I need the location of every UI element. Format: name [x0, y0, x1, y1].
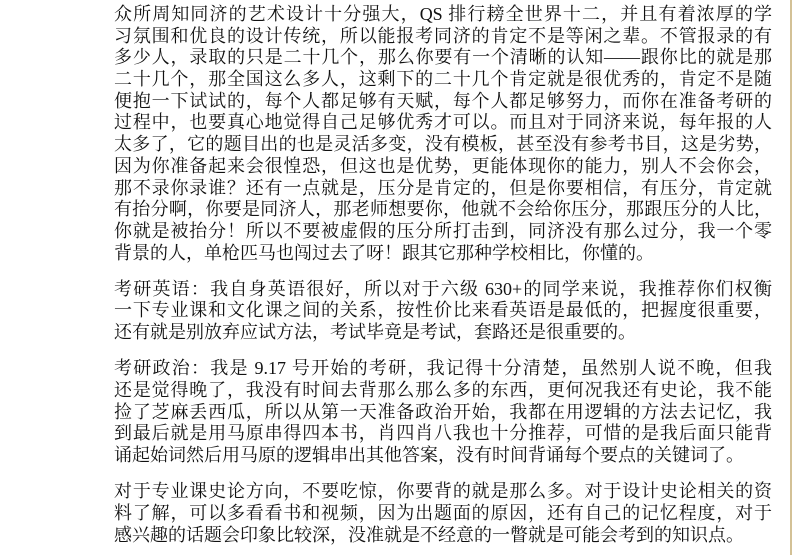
text-line: 料了解，可以多看看书和视频，因为出题面的原因，还有自己的记忆程度，对于 — [114, 503, 772, 525]
paragraph-design-history: 对于专业课史论方向，不要吃惊，你要背的就是那么多。对于设计史论相关的资料了解，可… — [114, 481, 772, 546]
text-line: 那不录你录谁？还有一点就是，压分是肯定的，但是你要相信，有压分，肯定就 — [114, 178, 772, 200]
text-line: 考研英语：我自身英语很好，所以对于六级 630+的同学来说，我推荐你们权衡 — [114, 279, 772, 301]
page-edge-line — [790, 0, 792, 555]
text-line: 捡了芝麻丢西瓜，所以从第一天准备政治开始，我都在用逻辑的方法去记忆，我 — [114, 402, 772, 424]
text-line: 到最后就是用马原串得四本书，肖四肖八我也十分推荐，可惜的是我后面只能背 — [114, 423, 772, 445]
text-line: 考研政治：我是 9.17 号开始的考研，我记得十分清楚，虽然别人说不晚，但我 — [114, 358, 772, 380]
text-line: 诵起始词然后用马原的逻辑串出其他答案，没有时间背诵每个要点的关键词了。 — [114, 445, 772, 467]
text-line: 过程中，也要真心地觉得自己足够优秀才可以。而且对于同济来说，每年报的人 — [114, 112, 772, 134]
text-line: 一下专业课和文化课之间的关系，按性价比来看英语是最低的，把握度很重要， — [114, 300, 772, 322]
text-line: 对于专业课史论方向，不要吃惊，你要背的就是那么多。对于设计史论相关的资 — [114, 481, 772, 503]
text-line: 便抱一下试试的，每个人都足够有天赋，每个人都足够努力，而你在准备考研的 — [114, 91, 772, 113]
text-line: 习氛围和优良的设计传统，所以能报考同济的肯定不是等闲之辈。不管报录的有 — [114, 26, 772, 48]
document-page: 众所周知同济的艺术设计十分强大，QS 排行耪全世界十二，并且有着浓厚的学习氛围和… — [114, 4, 772, 546]
text-line: 多少人，录取的只是二十几个，那么你要有一个清晰的认知——跟你比的就是那 — [114, 47, 772, 69]
paragraph-tongji-intro: 众所周知同济的艺术设计十分强大，QS 排行耪全世界十二，并且有着浓厚的学习氛围和… — [114, 4, 772, 264]
text-line: 众所周知同济的艺术设计十分强大，QS 排行耪全世界十二，并且有着浓厚的学 — [114, 4, 772, 26]
text-line: 你就是被抬分！所以不要被虚假的压分所打击到，同济没有那么过分，我一个零 — [114, 221, 772, 243]
paragraph-politics: 考研政治：我是 9.17 号开始的考研，我记得十分清楚，虽然别人说不晚，但我还是… — [114, 358, 772, 466]
paragraph-english: 考研英语：我自身英语很好，所以对于六级 630+的同学来说，我推荐你们权衡一下专… — [114, 279, 772, 344]
text-line: 背景的人，单枪匹马也闯过去了呀！跟其它那种学校相比，你懂的。 — [114, 243, 772, 265]
text-line: 有抬分啊，你要是同济人，那老师想要你，他就不会给你压分，那跟压分的人比， — [114, 199, 772, 221]
text-line: 还有就是别放弃应试方法，考试毕竟是考试，套路还是很重要的。 — [114, 322, 772, 344]
text-line: 还是觉得晚了，我没有时间去背那么那么多的东西，更何况我还有史论，我不能 — [114, 380, 772, 402]
text-line: 感兴趣的话题会印象比较深，没准就是不经意的一瞥就是可能会考到的知识点。 — [114, 525, 772, 547]
text-line: 因为你准备起来会很惶恐，但这也是优势，更能体现你的能力，别人不会你会， — [114, 156, 772, 178]
text-line: 太多了，它的题目出的也是灵活多变，没有模板，甚至没有参考书目，这是劣势， — [114, 134, 772, 156]
text-line: 二十几个，那全国这么多人，这剩下的二十几个肯定就是很优秀的，肯定不是随 — [114, 69, 772, 91]
